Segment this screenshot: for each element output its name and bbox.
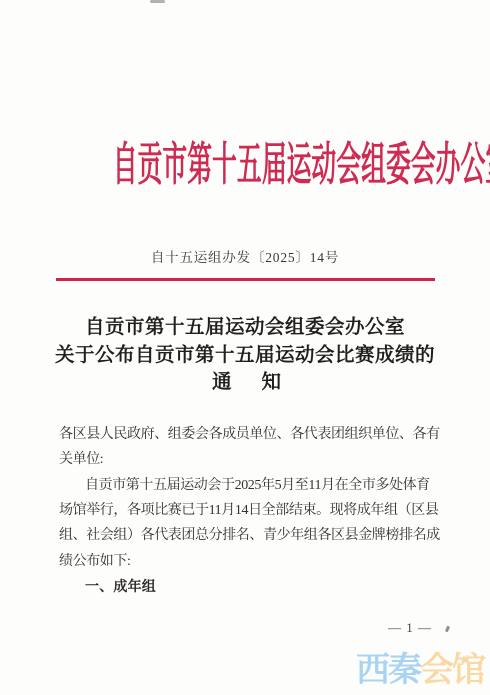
document-reference-number: 自十五运组办发〔2025〕14号 [0, 246, 490, 266]
watermark-xiqin-huiguan: 西秦会馆 [356, 652, 484, 688]
document-body: 各区县人民政府、组委会各成员单位、各代表团组织单位、各有 关单位: 自贡市第十五… [59, 422, 441, 599]
scan-artifact-top [150, 0, 165, 3]
section-heading-adult-group: 一、成年组 [59, 574, 441, 599]
watermark-part-orange: 会馆 [420, 651, 484, 689]
paragraph-line: 场馆举行，各项比赛已于11月14日全部结束。现将成年组（区县 [59, 498, 441, 523]
paragraph-line: 组、社会组）各代表团总分排名、青少年组各区县金牌榜排名成 [59, 523, 441, 548]
red-separator-rule [56, 278, 435, 281]
paragraph-line: 绩公布如下: [59, 549, 441, 574]
watermark-part-blue: 西秦 [356, 651, 420, 689]
paragraph-line: 自贡市第十五届运动会于2025年5月至11月在全市多处体育 [59, 473, 441, 498]
page-number: — 1 — [368, 620, 452, 636]
salutation-line: 各区县人民政府、组委会各成员单位、各代表团组织单位、各有 [59, 422, 441, 447]
red-header-org-title: 自贡市第十五届运动会组委会办公室 [113, 139, 378, 191]
salutation-line: 关单位: [59, 447, 441, 472]
scanned-document-page: 自贡市第十五届运动会组委会办公室 自十五运组办发〔2025〕14号 自贡市第十五… [0, 0, 490, 695]
notice-title-line-1: 自贡市第十五届运动会组委会办公室 [0, 314, 490, 342]
notice-title: 自贡市第十五届运动会组委会办公室 关于公布自贡市第十五届运动会比赛成绩的 通 知 [0, 314, 490, 397]
notice-title-line-2: 关于公布自贡市第十五届运动会比赛成绩的 [0, 342, 490, 370]
notice-title-line-3: 通 知 [0, 369, 490, 397]
